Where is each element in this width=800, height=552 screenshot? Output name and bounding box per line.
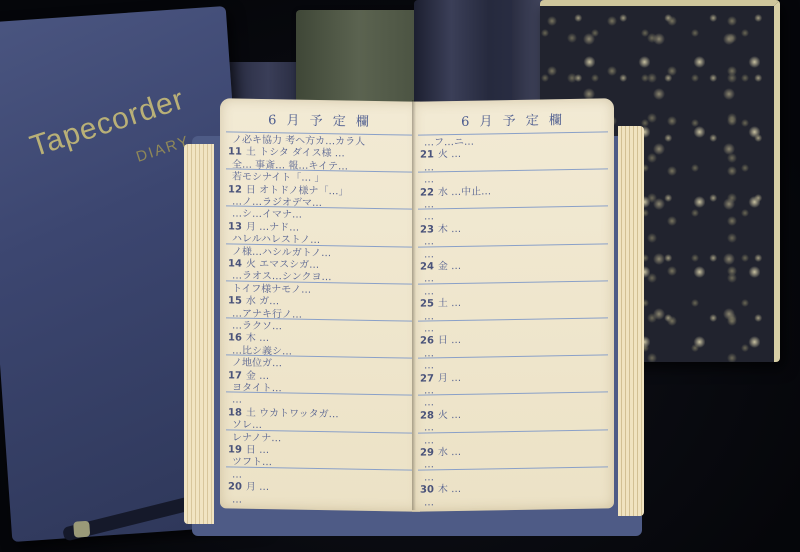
handwritten-line: … xyxy=(228,492,412,510)
page-edges-right xyxy=(618,126,644,516)
entry-text: … xyxy=(232,494,242,505)
entry-text: … xyxy=(424,497,434,508)
page-edges-left xyxy=(184,144,214,524)
pen-clip xyxy=(73,521,90,538)
gutter xyxy=(412,100,416,510)
open-diary: 6 月 予 定 欄 ノ必キ協力 考ヘ方カ…カラ人11土 トシタ ダイス様 …全…… xyxy=(184,100,644,536)
page-heading: 6 月 予 定 欄 xyxy=(220,108,420,130)
page-heading: 6 月 予 定 欄 xyxy=(412,108,614,131)
left-page: 6 月 予 定 欄 ノ必キ協力 考ヘ方カ…カラ人11土 トシタ ダイス様 …全…… xyxy=(220,98,420,511)
right-page: 6 月 予 定 欄 …フ…ニ…21火 ………22水 …中止………23木 ………2… xyxy=(412,98,614,512)
photo-scene: Tapecorder DIARY 6 月 予 定 欄 ノ必キ協力 考ヘ方カ…カラ… xyxy=(0,0,800,552)
handwritten-line: … xyxy=(420,492,606,510)
